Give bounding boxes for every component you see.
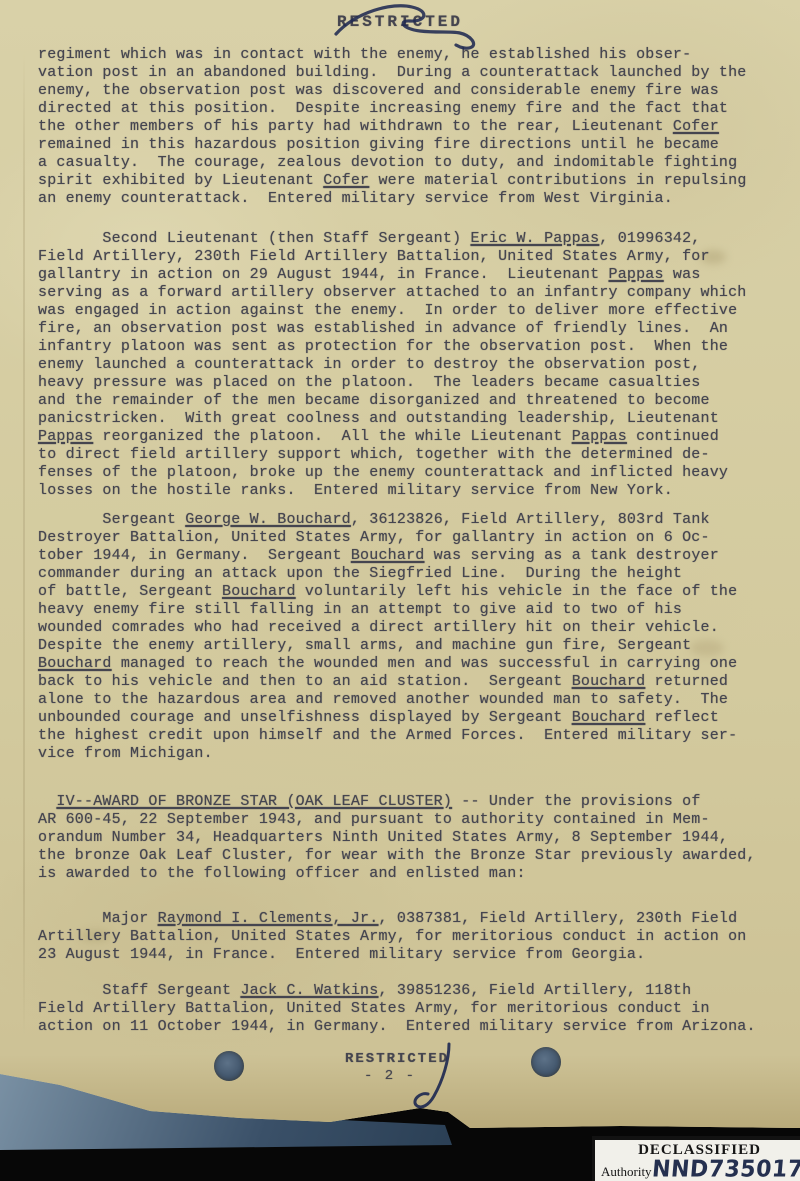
text-line: 23 August 1944, in France. Entered milit… xyxy=(38,946,775,964)
text-line: AR 600-45, 22 September 1943, and pursua… xyxy=(38,811,775,829)
text-line: enemy launched a counterattack in order … xyxy=(38,356,775,374)
text-line: serving as a forward artillery observer … xyxy=(38,284,775,302)
underlined-text: Cofer xyxy=(673,118,719,135)
text-line: remained in this hazardous position givi… xyxy=(38,136,775,154)
text-line: Field Artillery, 230th Field Artillery B… xyxy=(38,248,775,266)
text-line: of battle, Sergeant Bouchard voluntarily… xyxy=(38,583,775,601)
text-line: Bouchard managed to reach the wounded me… xyxy=(38,655,775,673)
paragraph: Second Lieutenant (then Staff Sergeant) … xyxy=(38,230,775,500)
text-line: orandum Number 34, Headquarters Ninth Un… xyxy=(38,829,775,847)
text-line: IV--AWARD OF BRONZE STAR (OAK LEAF CLUST… xyxy=(38,793,775,811)
text-line: was engaged in action against the enemy.… xyxy=(38,302,775,320)
text-line: the highest credit upon himself and the … xyxy=(38,727,775,745)
text-line: Despite the enemy artillery, small arms,… xyxy=(38,637,775,655)
text-line: Pappas reorganized the platoon. All the … xyxy=(38,428,775,446)
underlined-text: Pappas xyxy=(572,428,627,445)
text-line: unbounded courage and unselfishness disp… xyxy=(38,709,775,727)
text-line: Staff Sergeant Jack C. Watkins, 39851236… xyxy=(38,982,775,1000)
text-line: Sergeant George W. Bouchard, 36123826, F… xyxy=(38,511,775,529)
declassified-stamp: DECLASSIFIED Authority NND735017 xyxy=(592,1136,800,1181)
document-body: regiment which was in contact with the e… xyxy=(38,46,775,1036)
text-line: an enemy counterattack. Entered military… xyxy=(38,190,775,208)
punch-hole-right xyxy=(531,1047,561,1077)
text-line: gallantry in action on 29 August 1944, i… xyxy=(38,266,775,284)
paragraph: Sergeant George W. Bouchard, 36123826, F… xyxy=(38,511,775,763)
text-line: Destroyer Battalion, United States Army,… xyxy=(38,529,775,547)
underlined-text: Pappas xyxy=(38,428,93,445)
text-line: Field Artillery Battalion, United States… xyxy=(38,1000,775,1018)
underlined-text: George W. Bouchard xyxy=(185,511,351,528)
underlined-text: Bouchard xyxy=(572,673,646,690)
authority-handwritten-value: NND735017 xyxy=(651,1160,800,1181)
paragraph: Major Raymond I. Clements, Jr., 0387381,… xyxy=(38,910,775,964)
text-line: to direct field artillery support which,… xyxy=(38,446,775,464)
authority-label: Authority xyxy=(601,1164,652,1180)
text-line: the other members of his party had withd… xyxy=(38,118,775,136)
text-line: infantry platoon was sent as protection … xyxy=(38,338,775,356)
page-number: - 2 - xyxy=(330,1068,450,1084)
text-line: Artillery Battalion, United States Army,… xyxy=(38,928,775,946)
text-line: vice from Michigan. xyxy=(38,745,775,763)
underlined-text: Bouchard xyxy=(38,655,112,672)
scanned-document-page: { "document": { "header_stamp": "RESTRIC… xyxy=(0,0,800,1181)
text-line: fenses of the platoon, broke up the enem… xyxy=(38,464,775,482)
underlined-text: Bouchard xyxy=(351,547,425,564)
text-line: fire, an observation post was establishe… xyxy=(38,320,775,338)
underlined-text: IV--AWARD OF BRONZE STAR (OAK LEAF CLUST… xyxy=(56,793,452,810)
paragraph: IV--AWARD OF BRONZE STAR (OAK LEAF CLUST… xyxy=(38,793,775,883)
text-line: commander during an attack upon the Sieg… xyxy=(38,565,775,583)
paper-sheet: RESTRICTED regiment which was in contact… xyxy=(0,0,800,1134)
text-line: action on 11 October 1944, in Germany. E… xyxy=(38,1018,775,1036)
text-line: vation post in an abandoned building. Du… xyxy=(38,64,775,82)
underlined-text: Jack C. Watkins xyxy=(240,982,378,999)
text-line: directed at this position. Despite incre… xyxy=(38,100,775,118)
text-line: alone to the hazardous area and removed … xyxy=(38,691,775,709)
underlined-text: Bouchard xyxy=(572,709,646,726)
paragraph: regiment which was in contact with the e… xyxy=(38,46,775,208)
text-line: and the remainder of the men became diso… xyxy=(38,392,775,410)
paragraph: Staff Sergeant Jack C. Watkins, 39851236… xyxy=(38,982,775,1036)
paper-crease xyxy=(23,50,25,1040)
text-line: enemy, the observation post was discover… xyxy=(38,82,775,100)
underlined-text: Raymond I. Clements, Jr. xyxy=(158,910,379,927)
text-line: regiment which was in contact with the e… xyxy=(38,46,775,64)
text-line: tober 1944, in Germany. Sergeant Bouchar… xyxy=(38,547,775,565)
underlined-text: Bouchard xyxy=(222,583,296,600)
text-line: back to his vehicle and then to an aid s… xyxy=(38,673,775,691)
text-line: heavy pressure was placed on the platoon… xyxy=(38,374,775,392)
underlined-text: Eric W. Pappas xyxy=(470,230,599,247)
text-line: Major Raymond I. Clements, Jr., 0387381,… xyxy=(38,910,775,928)
restricted-header-stamp: RESTRICTED xyxy=(0,13,800,31)
text-line: a casualty. The courage, zealous devotio… xyxy=(38,154,775,172)
underlined-text: Pappas xyxy=(609,266,664,283)
text-line: heavy enemy fire still falling in an att… xyxy=(38,601,775,619)
text-line: panicstricken. With great coolness and o… xyxy=(38,410,775,428)
text-line: Second Lieutenant (then Staff Sergeant) … xyxy=(38,230,775,248)
text-line: spirit exhibited by Lieutenant Cofer wer… xyxy=(38,172,775,190)
restricted-footer-stamp: RESTRICTED xyxy=(337,1051,457,1067)
text-line: is awarded to the following officer and … xyxy=(38,865,775,883)
underlined-text: Cofer xyxy=(323,172,369,189)
punch-hole-left xyxy=(214,1051,244,1081)
text-line: losses on the hostile ranks. Entered mil… xyxy=(38,482,775,500)
text-line: the bronze Oak Leaf Cluster, for wear wi… xyxy=(38,847,775,865)
text-line: wounded comrades who had received a dire… xyxy=(38,619,775,637)
